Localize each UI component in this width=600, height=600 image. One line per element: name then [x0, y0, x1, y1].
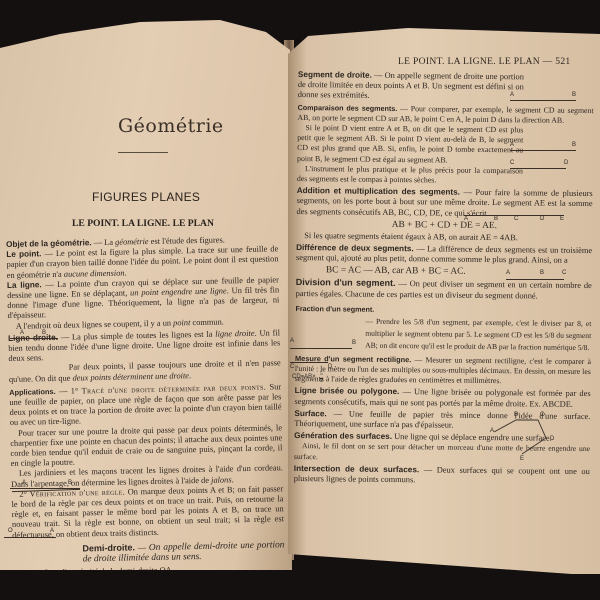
figure-compare-segments: A B C D [510, 142, 580, 174]
paragraph-ligne: La ligne. — La pointe d'un crayon qui se… [7, 275, 280, 321]
figure-sum-segments: A B C D E [464, 210, 568, 222]
paragraph-applications: Applications. — 1° Tracé d'une droite dé… [9, 382, 282, 428]
chapter-title: Géométrie [118, 115, 224, 137]
figure-ruler-check: A B [10, 480, 80, 492]
figure-demi-droite: O A [4, 528, 60, 542]
right-page: LE POINT. LA LIGNE. LE PLAN — 521 Segmen… [288, 14, 600, 574]
fraction-5-8: 58 [320, 372, 323, 384]
figure-line-ab: A B [10, 330, 60, 342]
subsection-title: LE POINT. LA LIGNE. LE PLAN [72, 218, 214, 229]
figure-diff-segments: A B C [506, 270, 568, 282]
paragraph-quatre-segments: Si les quatre segments étaient égaux à A… [296, 231, 592, 244]
paragraph-demi-droite: Demi-droite. — On appelle demi-droite un… [12, 539, 284, 566]
section-title: FIGURES PLANES [92, 190, 200, 204]
paragraph-intersection-surfaces: Intersection de deux surfaces. — Deux su… [294, 464, 590, 488]
paragraph-difference: Différence de deux segments. — La différ… [296, 243, 592, 267]
left-body: Objet de la géométrie. — La géométrie es… [6, 234, 285, 570]
left-page: Géométrie FIGURES PLANES LE POINT. LA LI… [0, 10, 292, 570]
running-head: LE POINT. LA LIGNE. LE PLAN — 521 [398, 56, 571, 67]
paragraph-ligne-brisee: Ligne brisée ou polygone. — Une ligne br… [294, 386, 590, 410]
figure-fraction-segment: A B C D CD=AB× 58 [290, 336, 360, 386]
title-rule [118, 152, 168, 153]
figure-segment-ab: A B [510, 92, 580, 104]
paragraph-deux-points: Par deux points, il passe toujours une d… [9, 359, 281, 385]
figure-polygon-abcde [488, 412, 568, 462]
paragraph-poutre: Pour tracer sur une poutre la droite qui… [10, 423, 283, 469]
